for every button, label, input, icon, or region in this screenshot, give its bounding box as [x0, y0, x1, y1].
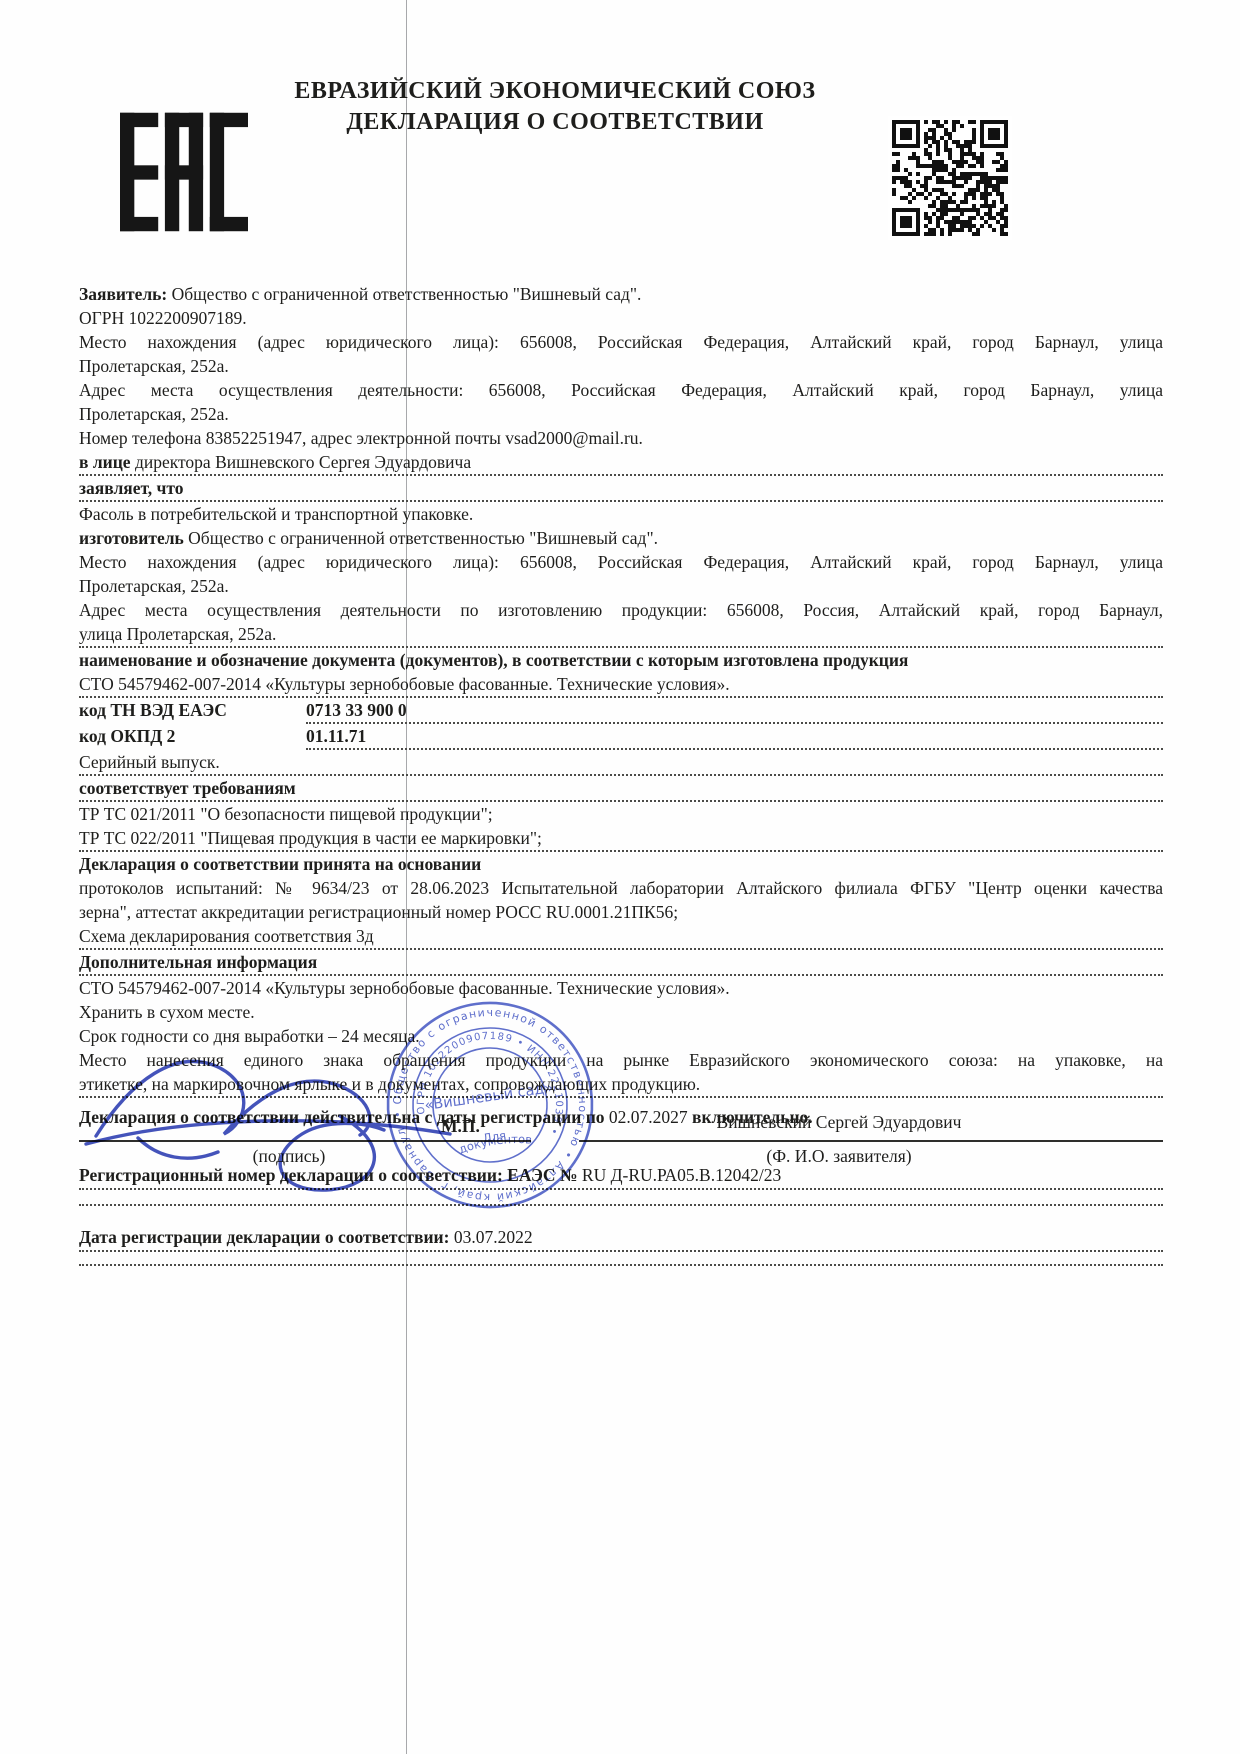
- okpd-code-row: код ОКПД 2 01.11.71: [79, 724, 1163, 750]
- handwritten-signature: [78, 1018, 478, 1193]
- regulation-1: ТР ТС 021/2011 "О безопасности пищевой п…: [79, 802, 1163, 826]
- okpd-label: код ОКПД 2: [79, 724, 306, 750]
- product-docs-sto: СТО 54579462-007-2014 «Культуры зернобоб…: [79, 672, 1163, 698]
- okpd-value: 01.11.71: [306, 724, 1163, 750]
- eac-logo: [120, 110, 248, 234]
- declares-header: заявляет, что: [79, 476, 1163, 502]
- fio-line: [579, 1140, 1163, 1142]
- applicant-address-legal-l2: Пролетарская, 252а.: [79, 354, 1163, 378]
- registration-date-value: 03.07.2022: [449, 1227, 532, 1247]
- manufacturer-label: изготовитель: [79, 528, 184, 548]
- manufacturer-name: Общество с ограниченной ответственностью…: [184, 528, 658, 548]
- applicant-address-activity-l1: Адрес места осуществления деятельности: …: [79, 378, 1163, 402]
- manufacturer-address-legal-l2: Пролетарская, 252а.: [79, 574, 1163, 598]
- basis-protocols-l1: протоколов испытаний: № 9634/23 от 28.06…: [79, 876, 1163, 900]
- document-page: ЕВРАЗИЙСКИЙ ЭКОНОМИЧЕСКИЙ СОЮЗ ДЕКЛАРАЦИ…: [0, 0, 1240, 1754]
- basis-protocols-l2: зерна", аттестат аккредитации регистраци…: [79, 900, 1163, 924]
- document-body: Заявитель: Общество с ограниченной ответ…: [79, 282, 1163, 1129]
- document-title: ЕВРАЗИЙСКИЙ ЭКОНОМИЧЕСКИЙ СОЮЗ ДЕКЛАРАЦИ…: [240, 76, 870, 138]
- applicant-contacts: Номер телефона 83852251947, адрес электр…: [79, 426, 1163, 450]
- tnved-value: 0713 33 900 0: [306, 698, 1163, 724]
- applicant-address-activity-l2: Пролетарская, 252а.: [79, 402, 1163, 426]
- representative-label: в лице: [79, 452, 131, 472]
- applicant-ogrn: ОГРН 1022200907189.: [79, 306, 1163, 330]
- manufacturer-address-legal-l1: Место нахождения (адрес юридического лиц…: [79, 550, 1163, 574]
- tnved-label: код ТН ВЭД ЕАЭС: [79, 698, 306, 724]
- applicant-name: Общество с ограниченной ответственностью…: [167, 284, 641, 304]
- registration-date-line: Дата регистрации декларации о соответств…: [79, 1224, 1163, 1252]
- basis-header: Декларация о соответствии принята на осн…: [79, 852, 1163, 876]
- representative-name: директора Вишневского Сергея Эдуардовича: [131, 452, 472, 472]
- product-name: Фасоль в потребительской и транспортной …: [79, 502, 1163, 526]
- dotted-rule: [79, 1252, 1163, 1266]
- additional-sto: СТО 54579462-007-2014 «Культуры зернобоб…: [79, 976, 1163, 1000]
- representative-line: в лице директора Вишневского Сергея Эдуа…: [79, 450, 1163, 476]
- basis-scheme: Схема декларирования соответствия 3д: [79, 924, 1163, 950]
- registration-number-value: RU Д-RU.РА05.В.12042/23: [578, 1165, 782, 1185]
- title-line-1: ЕВРАЗИЙСКИЙ ЭКОНОМИЧЕСКИЙ СОЮЗ: [240, 76, 870, 107]
- spacer: [79, 1206, 1163, 1224]
- registration-date-label: Дата регистрации декларации о соответств…: [79, 1227, 449, 1247]
- title-line-2: ДЕКЛАРАЦИЯ О СООТВЕТСТВИИ: [240, 107, 870, 138]
- tnved-code-row: код ТН ВЭД ЕАЭС 0713 33 900 0: [79, 698, 1163, 724]
- applicant-label: Заявитель:: [79, 284, 167, 304]
- compliance-header: соответствует требованиям: [79, 776, 1163, 802]
- qr-code: [888, 116, 1012, 240]
- manufacturer-address-production-l1: Адрес места осуществления деятельности п…: [79, 598, 1163, 622]
- regulation-2: ТР ТС 022/2011 "Пищевая продукция в част…: [79, 826, 1163, 852]
- manufacturer-line: изготовитель Общество с ограниченной отв…: [79, 526, 1163, 550]
- applicant-line: Заявитель: Общество с ограниченной ответ…: [79, 282, 1163, 306]
- release-type: Серийный выпуск.: [79, 750, 1163, 776]
- declarant-fio: Вишневский Сергей Эдуардович: [559, 1112, 1119, 1133]
- manufacturer-address-production-l2: улица Пролетарская, 252а.: [79, 622, 1163, 648]
- applicant-address-legal-l1: Место нахождения (адрес юридического лиц…: [79, 330, 1163, 354]
- product-docs-header: наименование и обозначение документа (до…: [79, 648, 1163, 672]
- additional-header: Дополнительная информация: [79, 950, 1163, 976]
